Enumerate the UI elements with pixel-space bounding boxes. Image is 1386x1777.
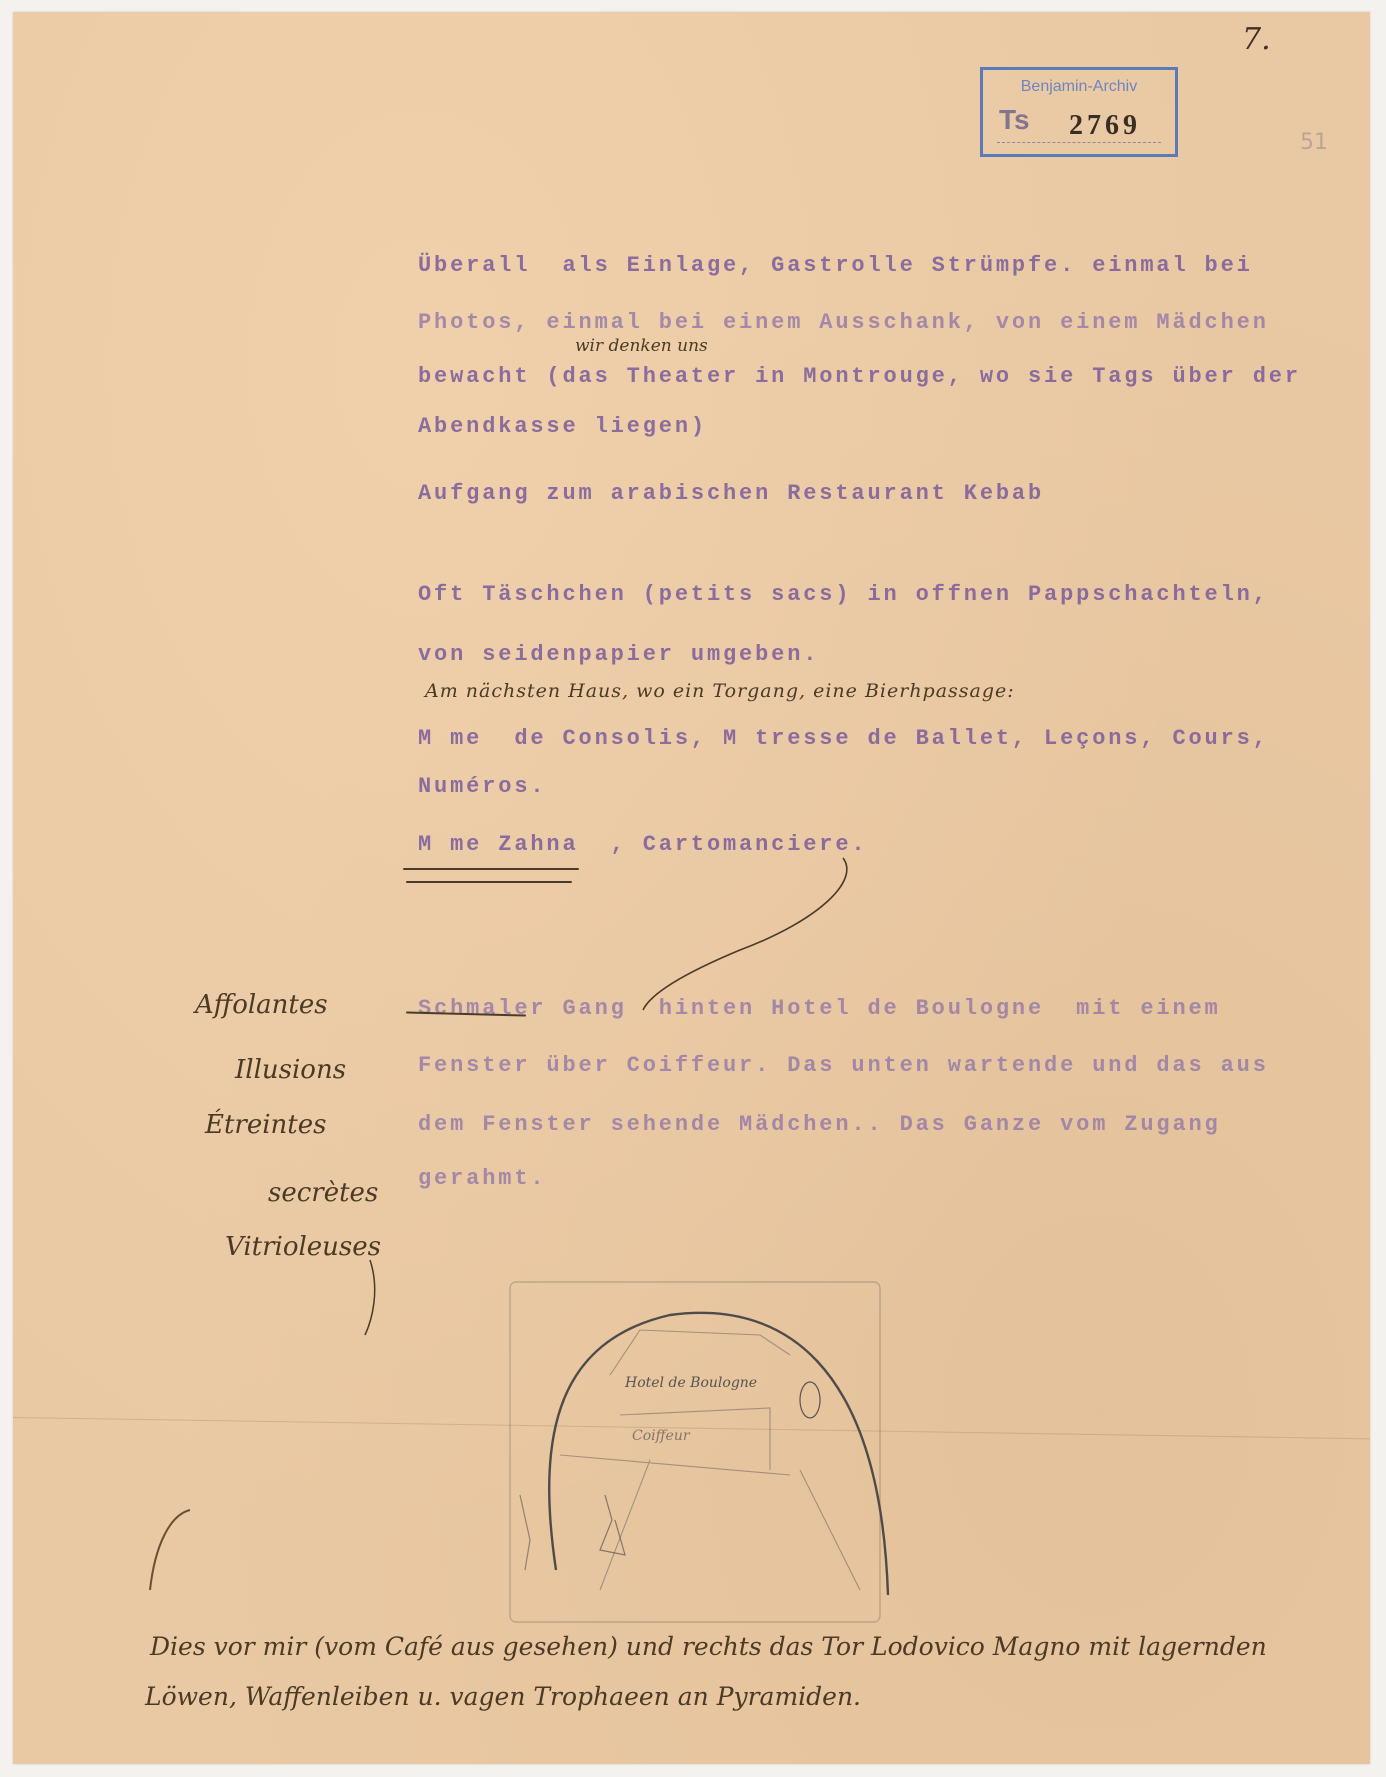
sketch-figure-left bbox=[520, 1495, 530, 1570]
pencil-sketch-layer: Hotel de Boulogne Coiffeur bbox=[0, 0, 1386, 1777]
sketch-label-hotel: Hotel de Boulogne bbox=[624, 1375, 757, 1391]
sketch-frame bbox=[510, 1282, 880, 1622]
connector-line bbox=[643, 858, 847, 1010]
sketch-arch bbox=[549, 1313, 888, 1595]
sketch-label-coiffeur: Coiffeur bbox=[632, 1428, 691, 1444]
ink-hook-mark bbox=[150, 1510, 190, 1590]
sketch-figure-standing bbox=[600, 1495, 625, 1555]
margin-brace bbox=[365, 1260, 375, 1335]
sketch-figure-window bbox=[800, 1382, 820, 1418]
